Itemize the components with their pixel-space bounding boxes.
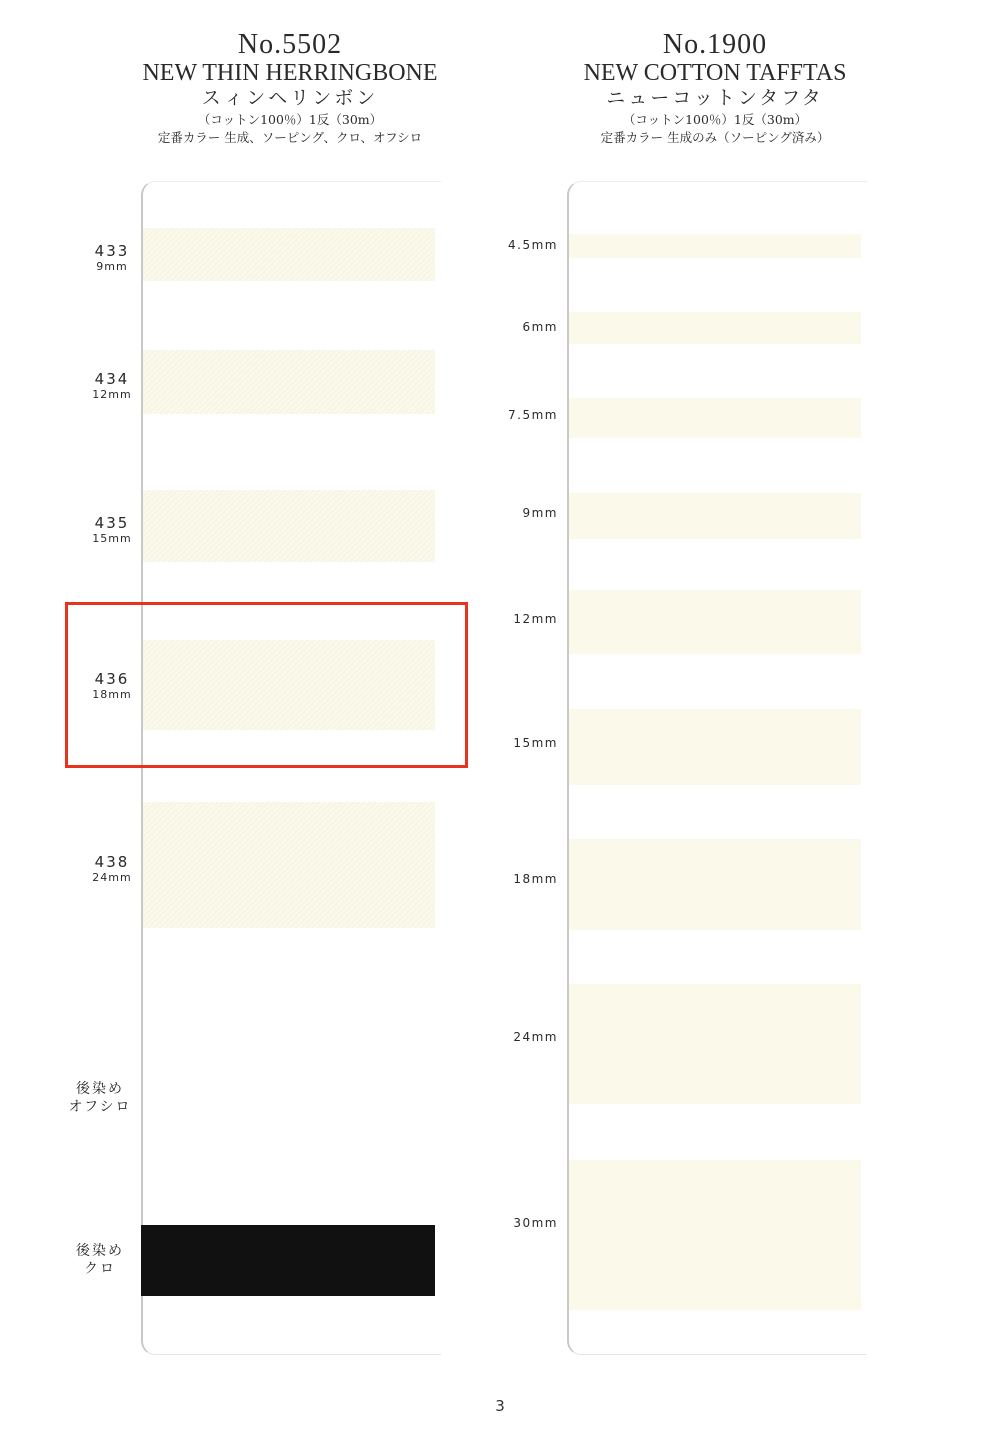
swatch-ribbon-24mm[interactable] xyxy=(569,984,861,1104)
product-number: No.5502 xyxy=(100,30,480,60)
product-spec: （コットン100％）1反（30m） xyxy=(540,110,890,129)
right-product-header: No.1900 NEW COTTON TAFFTAS ニューコットンタフタ （コ… xyxy=(540,30,890,147)
swatch-label-15mm: 15mm xyxy=(490,736,558,750)
swatch-ribbon-30mm[interactable] xyxy=(569,1160,861,1310)
swatch-label-4.5mm: 4.5mm xyxy=(490,238,558,252)
product-spec: （コットン100％）1反（30m） xyxy=(100,110,480,129)
swatch-label-dyed-black: 後染め クロ xyxy=(66,1242,134,1278)
swatch-label-dyed-offwhite: 後染め オフシロ xyxy=(66,1080,134,1116)
swatch-label-7.5mm: 7.5mm xyxy=(490,408,558,422)
page-number: 3 xyxy=(480,1397,520,1415)
product-name-jp: スィンヘリンボン xyxy=(100,86,480,110)
swatch-ribbon-6mm[interactable] xyxy=(569,312,861,344)
swatch-ribbon-9mm[interactable] xyxy=(569,493,861,539)
standard-colors: 定番カラー 生成のみ（ソーピング済み） xyxy=(540,129,890,147)
swatch-label-30mm: 30mm xyxy=(490,1216,558,1230)
swatch-ribbon-dyed-black[interactable] xyxy=(141,1225,435,1296)
swatch-ribbon-7.5mm[interactable] xyxy=(569,398,861,438)
selected-swatch-highlight xyxy=(65,602,468,768)
swatch-label-435: 435 15mm xyxy=(80,515,144,545)
swatch-label-433: 433 9mm xyxy=(80,243,144,273)
swatch-ribbon-18mm[interactable] xyxy=(569,839,861,930)
swatch-ribbon-4.5mm[interactable] xyxy=(569,234,861,258)
swatch-ribbon-15mm[interactable] xyxy=(569,709,861,785)
product-number: No.1900 xyxy=(540,30,890,60)
left-product-header: No.5502 NEW THIN HERRINGBONE スィンヘリンボン （コ… xyxy=(100,30,480,147)
swatch-ribbon-433[interactable] xyxy=(143,228,435,281)
product-name-en: NEW THIN HERRINGBONE xyxy=(100,60,480,86)
swatch-ribbon-dyed-offwhite[interactable] xyxy=(143,1060,435,1136)
swatch-label-438: 438 24mm xyxy=(80,854,144,884)
swatch-label-24mm: 24mm xyxy=(490,1030,558,1044)
swatch-label-6mm: 6mm xyxy=(490,320,558,334)
swatch-label-12mm: 12mm xyxy=(490,612,558,626)
product-name-jp: ニューコットンタフタ xyxy=(540,86,890,110)
standard-colors: 定番カラー 生成、ソーピング、クロ、オフシロ xyxy=(100,129,480,147)
swatch-label-18mm: 18mm xyxy=(490,872,558,886)
swatch-label-9mm: 9mm xyxy=(490,506,558,520)
swatch-ribbon-438[interactable] xyxy=(143,802,435,928)
swatch-ribbon-435[interactable] xyxy=(143,490,435,562)
swatch-label-434: 434 12mm xyxy=(80,371,144,401)
product-name-en: NEW COTTON TAFFTAS xyxy=(540,60,890,86)
swatch-ribbon-12mm[interactable] xyxy=(569,590,861,654)
swatch-ribbon-434[interactable] xyxy=(143,350,435,414)
